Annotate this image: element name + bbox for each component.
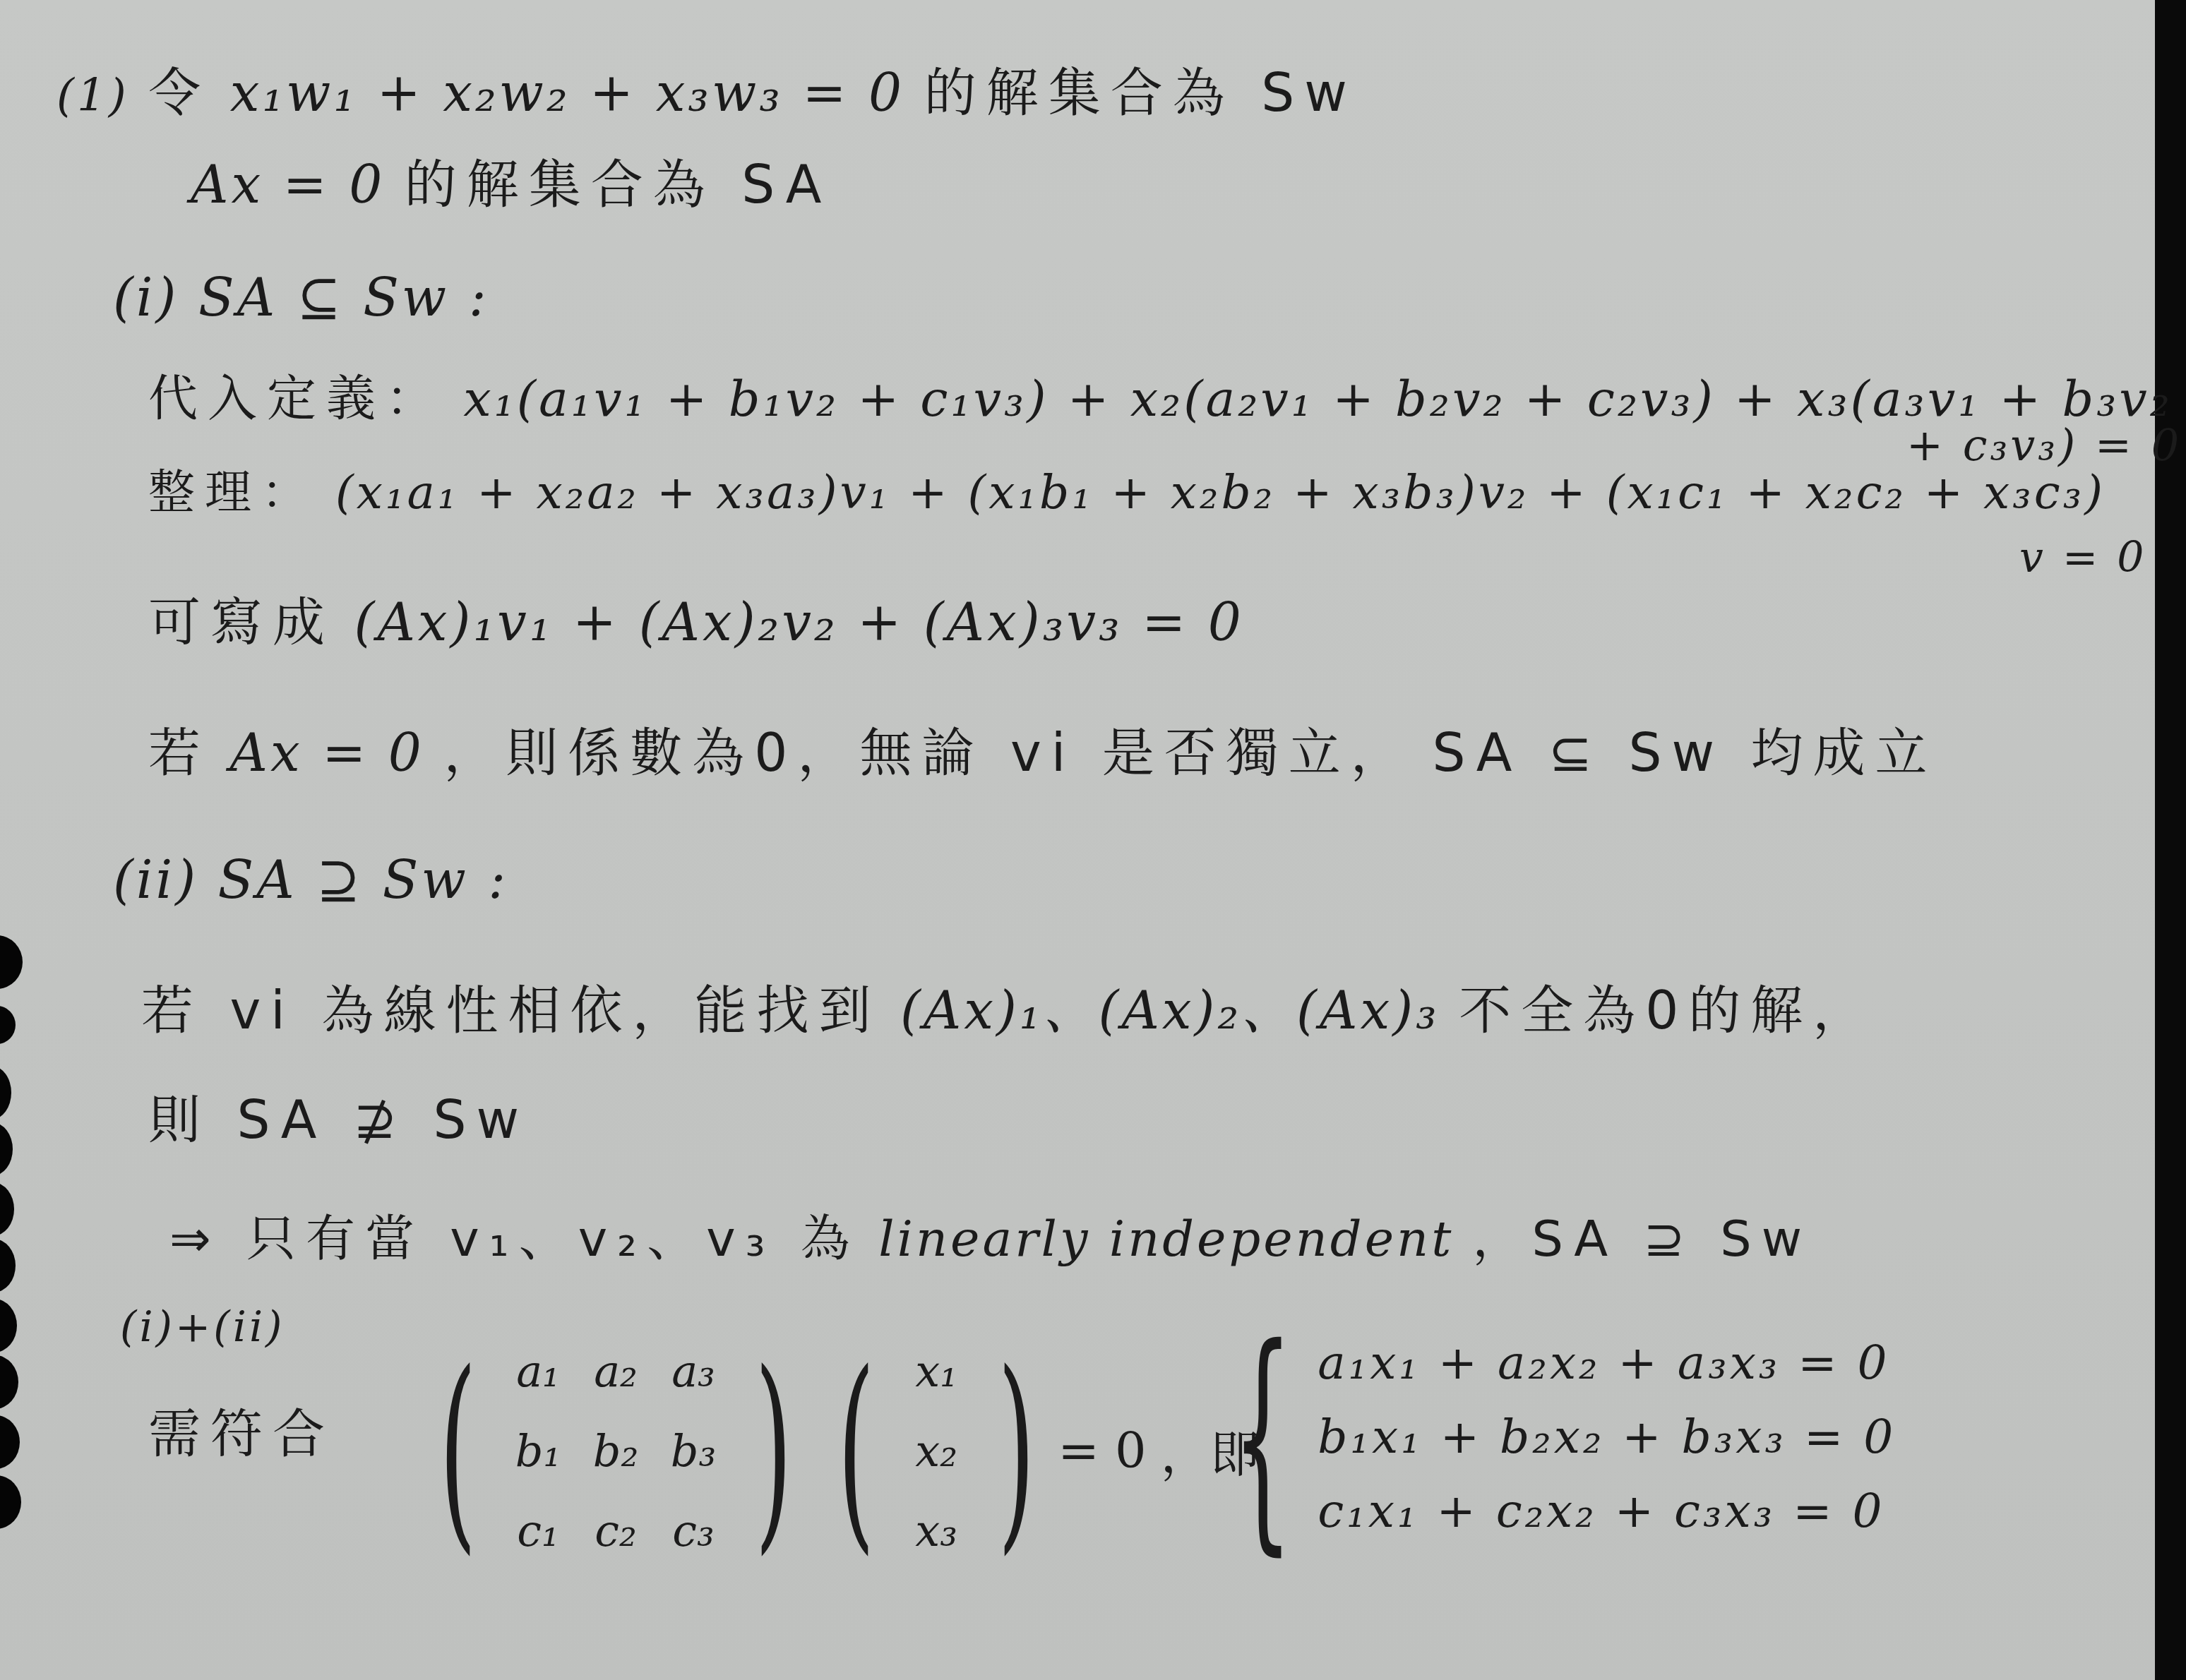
binder-hole: [0, 1239, 16, 1292]
equals-zero: = 0: [1058, 1422, 1146, 1480]
sw-definition-text: 的解集合為 Sw: [924, 63, 1357, 124]
part-i-label: (i): [113, 268, 179, 328]
sa-definition-text: 的解集合為 SA: [405, 155, 832, 215]
part-i-conclusion: 若 Ax = 0 ，則係數為0，無論 vi 是否獨立， SA ⊆ Sw 均成立: [148, 727, 1937, 779]
rearrange-line: 整理： (x₁a₁ + x₂a₂ + x₃a₃)v₁ + (x₁b₁ + x₂b…: [148, 469, 2106, 516]
binder-hole: [0, 1006, 16, 1044]
binder-hole: [0, 1299, 17, 1352]
matrix-equation: ( a₁ a₂ a₃ b₁ b₂ b₃ c₁ c₂ c₃ ) ( x₁ x₂ x…: [417, 1345, 1260, 1556]
left-brace: {: [1232, 1316, 1294, 1556]
equation-row-b: b₁x₁ + b₂x₂ + b₃x₃ = 0: [1318, 1410, 1896, 1464]
combined-label: (i)+(ii): [120, 1306, 285, 1348]
rewrite-line: 可寫成 (Ax)₁v₁ + (Ax)₂v₂ + (Ax)₃v₃ = 0: [148, 596, 1244, 649]
equation-row-c: c₁x₁ + c₂x₂ + c₃x₃ = 0: [1318, 1484, 1896, 1538]
binder-hole: [0, 1066, 11, 1120]
left-paren: (: [439, 1345, 477, 1556]
part-ii-label: (ii): [113, 850, 198, 911]
substitute-continuation: + c₃v₃) = 0: [1906, 424, 2182, 467]
ax-equation: Ax = 0: [191, 155, 385, 215]
equation-row-a: a₁x₁ + a₂x₂ + a₃x₃ = 0: [1318, 1336, 1896, 1390]
binder-hole: [0, 1122, 13, 1176]
subset-result: SA ⊆ Sw 均成立: [1432, 723, 1937, 784]
right-paren: ): [998, 1345, 1035, 1556]
rearrange-expression: (x₁a₁ + x₂a₂ + x₃a₃)v₁ + (x₁b₁ + x₂b₂ + …: [335, 465, 2106, 520]
rearrange-label: 整理：: [148, 465, 318, 520]
let-word: 令: [148, 63, 210, 124]
problem-label: (1): [56, 70, 129, 122]
part-ii-implication-line: ⇒ 只有當 v₁、v₂、v₃ 為 linearly independent ，S…: [169, 1214, 1812, 1264]
unknown-vector: x₁ x₂ x₃: [897, 1345, 975, 1556]
superset-claim: SA ⊇ Sw :: [218, 850, 509, 911]
part-ii-then-line: 則 SA ⊉ Sw: [148, 1094, 529, 1146]
part-i-heading: (i) SA ⊆ Sw :: [113, 272, 489, 324]
problem-definition-sa: Ax = 0 的解集合為 SA: [191, 159, 831, 211]
ax-components: (Ax)₁、(Ax)₂、(Ax)₃: [900, 980, 1440, 1041]
substitute-line: 代入定義： x₁(a₁v₁ + b₁v₂ + c₁v₃) + x₂(a₂v₁ +…: [148, 374, 2173, 424]
binder-hole: [0, 1355, 18, 1409]
rearrange-continuation: v = 0: [2019, 536, 2147, 579]
notebook-page: (1) 令 x₁w₁ + x₂w₂ + x₃w₃ = 0 的解集合為 Sw Ax…: [0, 0, 2155, 1680]
binder-hole: [0, 1475, 21, 1529]
part-ii-heading: (ii) SA ⊇ Sw :: [113, 854, 508, 906]
subset-claim: SA ⊆ Sw :: [198, 268, 489, 328]
binder-hole: [0, 1182, 14, 1236]
binder-hole: [0, 1415, 20, 1469]
linear-system: { a₁x₁ + a₂x₂ + a₃x₃ = 0 b₁x₁ + b₂x₂ + b…: [1186, 1316, 1896, 1556]
rewrite-expression: (Ax)₁v₁ + (Ax)₂v₂ + (Ax)₃v₃ = 0: [354, 592, 1244, 653]
problem-definition-sw: (1) 令 x₁w₁ + x₂w₂ + x₃w₃ = 0 的解集合為 Sw: [56, 67, 1357, 119]
binder-hole: [0, 935, 23, 989]
substitute-label: 代入定義：: [148, 370, 445, 428]
part-ii-dependence-line: 若 vi 為線性相依，能找到 (Ax)₁、(Ax)₂、(Ax)₃ 不全為0的解，: [141, 985, 1875, 1037]
right-paren: ): [755, 1345, 792, 1556]
left-paren: (: [837, 1345, 875, 1556]
linearly-independent-text: linearly independent: [878, 1210, 1454, 1268]
requirement-label: 需符合: [148, 1408, 335, 1460]
ax-zero: Ax = 0: [230, 723, 424, 784]
coefficient-matrix: a₁ a₂ a₃ b₁ b₂ b₃ c₁ c₂ c₃: [499, 1345, 732, 1556]
rewrite-label: 可寫成: [148, 592, 335, 653]
homogeneous-w-equation: x₁w₁ + x₂w₂ + x₃w₃ = 0: [230, 63, 904, 124]
